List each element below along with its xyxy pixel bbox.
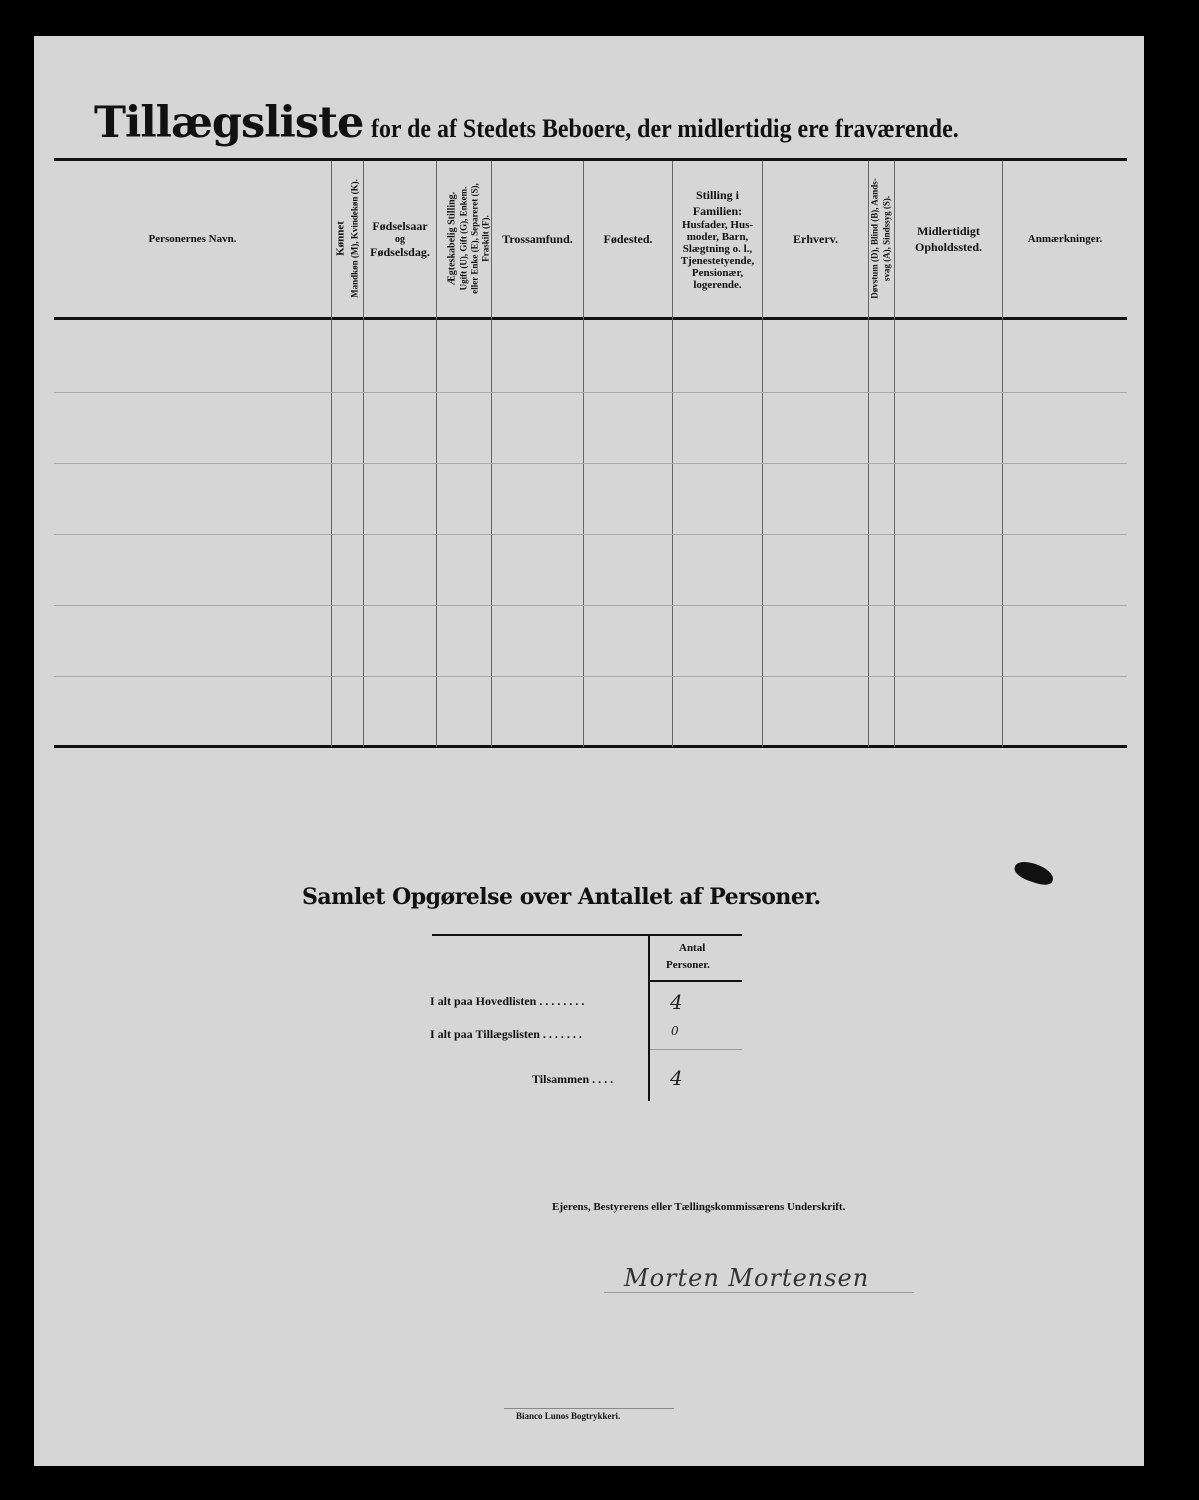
- summary-label-supplement-list: I alt paa Tillægslisten . . . . . . .: [430, 1027, 582, 1042]
- col-header-fam-3: Husfader, Hus-: [682, 219, 753, 231]
- col-header-fam-6: Tjenestetyende,: [681, 255, 755, 267]
- row-divider: [54, 534, 1127, 535]
- col-header-sex-2: Mandkøn (M), Kvindekøn (K).: [350, 164, 361, 314]
- census-form-page: Tillægslistefor de af Stedets Beboere, d…: [34, 36, 1144, 1466]
- col-header-temp-residence: Midlertidigt Opholdssted.: [895, 161, 1002, 317]
- col-header-sex: Kønnet Mandkøn (M), Kvindekøn (K).: [332, 161, 363, 317]
- col-header-res-2: Opholdssted.: [915, 239, 982, 255]
- col-header-occupation: Erhverv.: [763, 161, 868, 317]
- row-divider: [54, 463, 1127, 464]
- col-header-fam-2: Familien:: [693, 203, 742, 219]
- signature-handwriting: Morten Mortensen: [624, 1264, 869, 1292]
- summary-value-supplement-list: 0: [671, 1024, 679, 1038]
- col-header-marital-4: Fraskilt (F).: [481, 164, 492, 314]
- summary-col-header-1: Antal: [679, 942, 705, 954]
- col-header-marital: Ægteskabelig Stilling. Ugift (U), Gift (…: [437, 161, 491, 317]
- row-divider: [54, 392, 1127, 393]
- summary-vertical-rule: [648, 936, 650, 1101]
- row-divider: [54, 605, 1127, 606]
- summary-label-main-list: I alt paa Hovedlisten . . . . . . . .: [430, 994, 584, 1009]
- signature-caption: Ejerens, Bestyrerens eller Tællingskommi…: [552, 1201, 845, 1213]
- col-header-marital-2: Ugift (U), Gift (G), Enkem.: [459, 164, 470, 314]
- col-header-fam-8: logerende.: [693, 279, 741, 291]
- col-header-disability-2: svag (A), Sindssyg (S).: [882, 164, 893, 314]
- col-header-birth-1: Fødselsaar: [372, 220, 427, 233]
- summary-subtotal-rule: [650, 1049, 742, 1050]
- col-header-family-position: Stilling i Familien: Husfader, Hus- mode…: [673, 161, 762, 317]
- col-header-disability-1: Døvstum (D), Blind (B), Aands-: [870, 164, 881, 314]
- col-header-fam-1: Stilling i: [696, 187, 739, 203]
- table-header-rule: [54, 317, 1127, 320]
- col-header-fam-7: Pensionær,: [692, 267, 743, 279]
- col-header-res-1: Midlertidigt: [917, 223, 980, 239]
- col-header-birth-2: og: [395, 233, 405, 246]
- col-header-marital-1: Ægteskabelig Stilling.: [447, 164, 458, 314]
- col-header-fam-5: Slægtning o. l.,: [683, 243, 752, 255]
- col-header-birth-3: Fødselsdag.: [370, 246, 430, 259]
- ink-blot: [1012, 858, 1056, 887]
- col-header-marital-3: eller Enke (E), Separeret (S),: [470, 164, 481, 314]
- printer-imprint: Bianco Lunos Bogtrykkeri.: [516, 1411, 620, 1421]
- col-header-name: Personernes Navn.: [54, 161, 331, 317]
- col-header-fam-4: moder, Barn,: [687, 231, 749, 243]
- summary-top-rule: [432, 934, 742, 936]
- form-title-main: Tillægsliste: [94, 98, 363, 148]
- col-header-religion: Trossamfund.: [492, 161, 583, 317]
- form-title-emph: fraværende.: [835, 114, 959, 143]
- summary-value-main-list: 4: [670, 990, 683, 1014]
- summary-value-total: 4: [670, 1066, 683, 1090]
- col-header-sex-1: Kønnet: [336, 164, 347, 314]
- summary-title: Samlet Opgørelse over Antallet af Person…: [302, 884, 821, 910]
- table-bottom-rule: [54, 745, 1127, 748]
- printer-rule: [504, 1408, 674, 1409]
- signature-line: [604, 1292, 914, 1293]
- form-title: Tillægslistefor de af Stedets Beboere, d…: [94, 98, 1010, 148]
- summary-header-rule: [650, 980, 742, 982]
- row-divider: [54, 676, 1127, 677]
- form-title-subtitle: for de af Stedets Beboere, der midlertid…: [371, 114, 959, 144]
- col-header-birth: Fødselsaar og Fødselsdag.: [364, 161, 436, 317]
- col-header-birthplace: Fødested.: [584, 161, 672, 317]
- summary-col-header-2: Personer.: [666, 959, 710, 971]
- col-header-remarks: Anmærkninger.: [1003, 161, 1127, 317]
- summary-label-total: Tilsammen . . . .: [532, 1072, 613, 1087]
- form-title-rest: for de af Stedets Beboere, der midlertid…: [371, 114, 829, 143]
- col-header-disability: Døvstum (D), Blind (B), Aands- svag (A),…: [869, 161, 894, 317]
